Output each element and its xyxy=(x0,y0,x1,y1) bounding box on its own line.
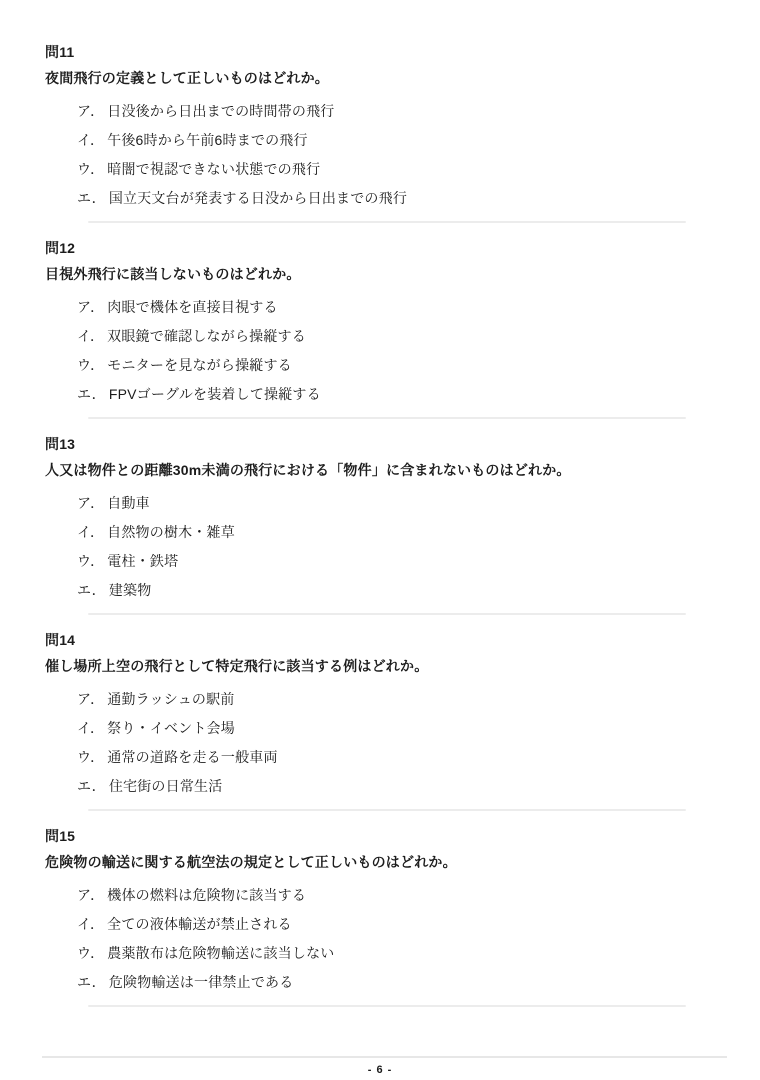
option-letter: エ． xyxy=(77,778,106,795)
question-text: 人又は物件との距離30m未満の飛行における「物件」に含まれないものはどれか。 xyxy=(45,462,725,479)
option-letter: ウ． xyxy=(77,553,104,570)
option-text: 自動車 xyxy=(107,495,150,511)
option-a: ア．通勤ラッシュの駅前 xyxy=(77,691,727,708)
question-text: 夜間飛行の定義として正しいものはどれか。 xyxy=(45,70,725,87)
option-letter: イ． xyxy=(77,720,104,737)
option-letter: ア． xyxy=(77,691,104,708)
question-divider xyxy=(88,221,686,223)
option-letter: エ． xyxy=(77,386,106,403)
option-text: 祭り・イベント会場 xyxy=(107,720,235,736)
option-letter: エ． xyxy=(77,974,106,991)
option-letter: ア． xyxy=(77,299,104,316)
option-letter: ウ． xyxy=(77,161,104,178)
option-a: ア．日没後から日出までの時間帯の飛行 xyxy=(77,103,727,120)
question-divider xyxy=(88,417,686,419)
option-letter: イ． xyxy=(77,132,104,149)
option-text: 午後6時から午前6時までの飛行 xyxy=(107,132,308,148)
question-number: 問15 xyxy=(45,828,75,845)
option-text: 住宅街の日常生活 xyxy=(109,778,223,794)
option-a: ア．自動車 xyxy=(77,495,727,512)
question-block-13: 問13 人又は物件との距離30m未満の飛行における「物件」に含まれないものはどれ… xyxy=(0,436,760,632)
option-e: エ．建築物 xyxy=(77,582,727,599)
option-u: ウ．通常の道路を走る一般車両 xyxy=(77,749,727,766)
option-text: 肉眼で機体を直接目視する xyxy=(107,299,277,315)
option-i: イ．祭り・イベント会場 xyxy=(77,720,727,737)
question-divider xyxy=(88,613,686,615)
option-letter: ア． xyxy=(77,495,104,512)
page-number: - 6 - xyxy=(0,1064,760,1076)
option-i: イ．午後6時から午前6時までの飛行 xyxy=(77,132,727,149)
option-letter: ア． xyxy=(77,887,104,904)
question-number: 問12 xyxy=(45,240,75,257)
option-a: ア．肉眼で機体を直接目視する xyxy=(77,299,727,316)
option-letter: イ． xyxy=(77,916,104,933)
option-e: エ．住宅街の日常生活 xyxy=(77,778,727,795)
exam-document-page: { "page": { "page_number": "- 6 -" }, "c… xyxy=(0,0,760,1080)
option-text: 日没後から日出までの時間帯の飛行 xyxy=(107,103,334,119)
question-block-11: 問11 夜間飛行の定義として正しいものはどれか。 ア．日没後から日出までの時間帯… xyxy=(0,44,760,240)
option-text: 建築物 xyxy=(109,582,152,598)
question-block-12: 問12 目視外飛行に該当しないものはどれか。 ア．肉眼で機体を直接目視する イ．… xyxy=(0,240,760,436)
option-letter: イ． xyxy=(77,328,104,345)
option-letter: ウ． xyxy=(77,749,104,766)
option-text: 農薬散布は危険物輸送に該当しない xyxy=(107,945,334,961)
option-a: ア．機体の燃料は危険物に該当する xyxy=(77,887,727,904)
question-text: 催し場所上空の飛行として特定飛行に該当する例はどれか。 xyxy=(45,658,725,675)
option-letter: エ． xyxy=(77,190,106,207)
option-text: 通勤ラッシュの駅前 xyxy=(107,691,234,707)
question-text: 目視外飛行に該当しないものはどれか。 xyxy=(45,266,725,283)
question-block-14: 問14 催し場所上空の飛行として特定飛行に該当する例はどれか。 ア．通勤ラッシュ… xyxy=(0,632,760,828)
option-u: ウ．農薬散布は危険物輸送に該当しない xyxy=(77,945,727,962)
question-block-15: 問15 危険物の輸送に関する航空法の規定として正しいものはどれか。 ア．機体の燃… xyxy=(0,828,760,1024)
option-i: イ．全ての液体輸送が禁止される xyxy=(77,916,727,933)
option-text: 機体の燃料は危険物に該当する xyxy=(107,887,306,903)
option-e: エ．FPVゴーグルを装着して操縦する xyxy=(77,386,727,403)
option-text: FPVゴーグルを装着して操縦する xyxy=(109,386,321,402)
option-text: 暗闇で視認できない状態での飛行 xyxy=(107,161,320,177)
option-letter: ウ． xyxy=(77,357,104,374)
option-text: 通常の道路を走る一般車両 xyxy=(107,749,277,765)
option-text: 全ての液体輸送が禁止される xyxy=(107,916,292,932)
option-text: 双眼鏡で確認しながら操縦する xyxy=(107,328,306,344)
option-letter: エ． xyxy=(77,582,106,599)
option-letter: ア． xyxy=(77,103,104,120)
option-letter: イ． xyxy=(77,524,104,541)
option-u: ウ．モニターを見ながら操縦する xyxy=(77,357,727,374)
option-e: エ．危険物輸送は一律禁止である xyxy=(77,974,727,991)
option-u: ウ．電柱・鉄塔 xyxy=(77,553,727,570)
option-u: ウ．暗闇で視認できない状態での飛行 xyxy=(77,161,727,178)
footer-rule xyxy=(42,1056,727,1058)
option-e: エ．国立天文台が発表する日没から日出までの飛行 xyxy=(77,190,727,207)
question-divider xyxy=(88,809,686,811)
question-number: 問14 xyxy=(45,632,75,649)
question-text: 危険物の輸送に関する航空法の規定として正しいものはどれか。 xyxy=(45,854,725,871)
option-i: イ．双眼鏡で確認しながら操縦する xyxy=(77,328,727,345)
option-text: モニターを見ながら操縦する xyxy=(107,357,292,373)
option-text: 危険物輸送は一律禁止である xyxy=(109,974,294,990)
option-text: 電柱・鉄塔 xyxy=(107,553,178,569)
option-letter: ウ． xyxy=(77,945,104,962)
question-divider xyxy=(88,1005,686,1007)
option-text: 自然物の樹木・雑草 xyxy=(107,524,235,540)
option-i: イ．自然物の樹木・雑草 xyxy=(77,524,727,541)
question-number: 問13 xyxy=(45,436,75,453)
option-text: 国立天文台が発表する日没から日出までの飛行 xyxy=(109,190,407,206)
question-number: 問11 xyxy=(45,44,74,61)
